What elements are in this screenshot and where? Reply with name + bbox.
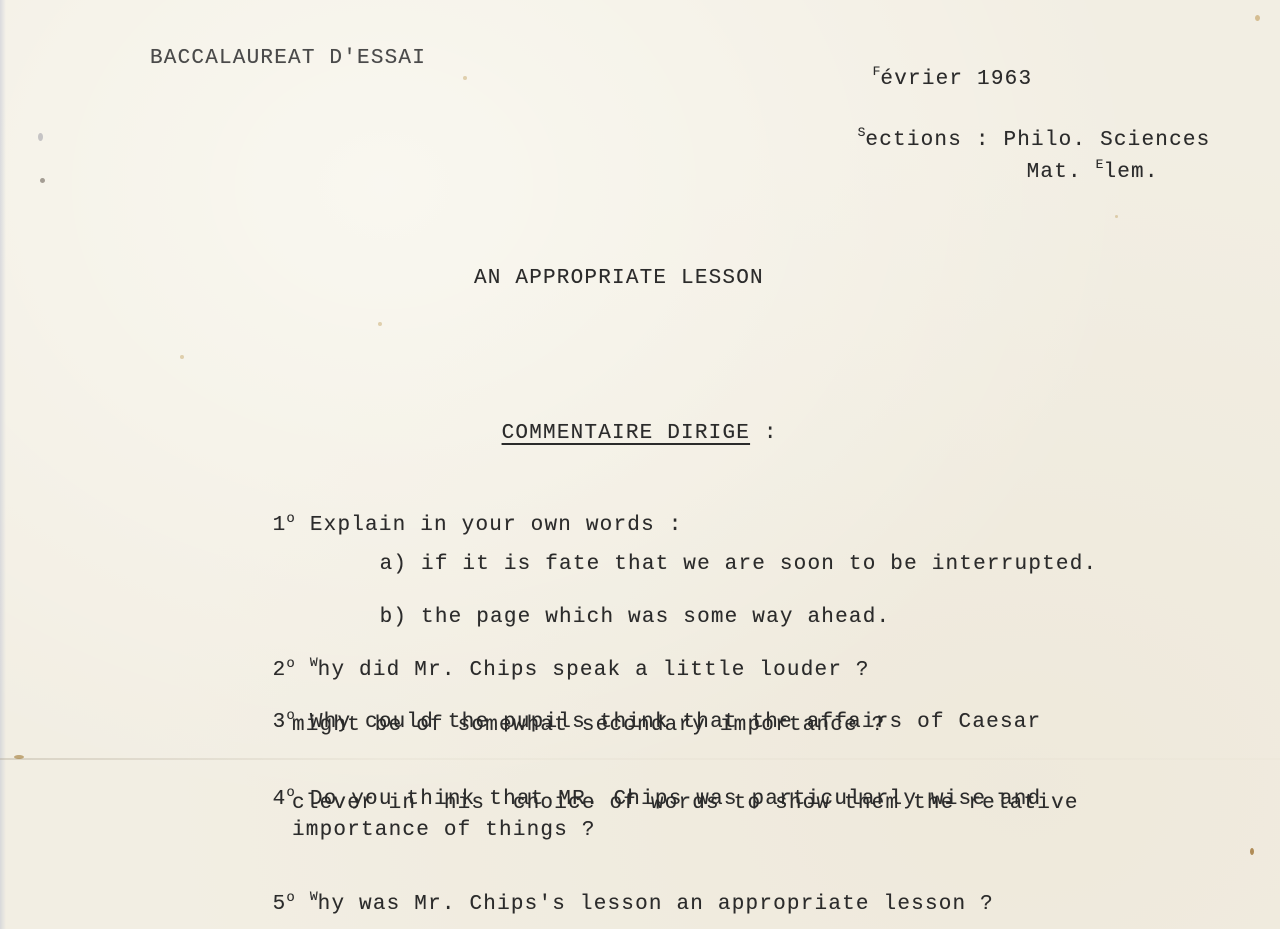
paper-spot (1115, 215, 1118, 218)
subitem-text: the page which was some way ahead. (421, 606, 890, 629)
sections-label: ections : (865, 129, 989, 152)
degree-mark: o (286, 511, 296, 527)
question-3-line-2: might be of somewhat secondary importanc… (292, 714, 886, 737)
question-2: 2o Why did Mr. Chips speak a little loud… (245, 636, 870, 682)
question-5: 5o Why was Mr. Chips's lesson an appropr… (245, 870, 994, 916)
paper-spot (463, 76, 467, 80)
subtitle-colon: : (750, 422, 778, 445)
document-title: AN APPROPRIATE LESSON (474, 267, 764, 290)
question-number: 2 (273, 659, 287, 682)
sections-value-2-rest: lem. (1103, 161, 1158, 184)
question-number: 4 (273, 788, 287, 811)
exam-date: Février 1963 (845, 45, 1032, 91)
degree-mark: o (286, 890, 296, 906)
paper-fold-line (0, 758, 1280, 760)
paper-spot (38, 133, 43, 141)
sections-value-2-prefix: Mat. (1027, 161, 1096, 184)
question-text: hy was Mr. Chips's lesson an appropriate… (318, 893, 994, 916)
document-subtitle: COMMENTAIRE DIRIGE : (474, 399, 778, 445)
question-number: 1 (273, 514, 287, 537)
paper-spot (14, 755, 24, 759)
date-initial: F (873, 64, 881, 79)
subitem-label: a) (380, 553, 408, 576)
paper-spot (180, 355, 184, 359)
paper-spot (378, 322, 382, 326)
question-1-subitem-b: b) the page which was some way ahead. (352, 583, 890, 629)
sections-value-2-initial: E (1096, 157, 1104, 172)
sections-line-2: Mat. Elem. (999, 138, 1159, 184)
question-1-subitem-a: a) if it is fate that we are soon to be … (352, 530, 1097, 576)
question-number: 5 (273, 893, 287, 916)
subtitle-text: COMMENTAIRE DIRIGE (502, 422, 750, 445)
paper-left-edge (0, 0, 6, 929)
paper-spot (1250, 848, 1254, 855)
question-initial: W (310, 889, 318, 904)
question-number: 3 (273, 711, 287, 734)
question-4-line-3: importance of things ? (292, 819, 596, 842)
paper-spot (40, 178, 45, 183)
question-4-line-2: clever in his choice of words to show th… (292, 792, 1079, 815)
question-initial: W (310, 655, 318, 670)
subitem-text: if it is fate that we are soon to be int… (421, 553, 1097, 576)
exam-title: BACCALAUREAT D'ESSAI (150, 47, 426, 70)
degree-mark: o (286, 656, 296, 672)
paper-spot (1255, 15, 1260, 21)
subitem-label: b) (380, 606, 408, 629)
date-rest: évrier 1963 (880, 68, 1032, 91)
question-text: hy did Mr. Chips speak a little louder ? (318, 659, 870, 682)
sections-initial: S (858, 125, 866, 140)
